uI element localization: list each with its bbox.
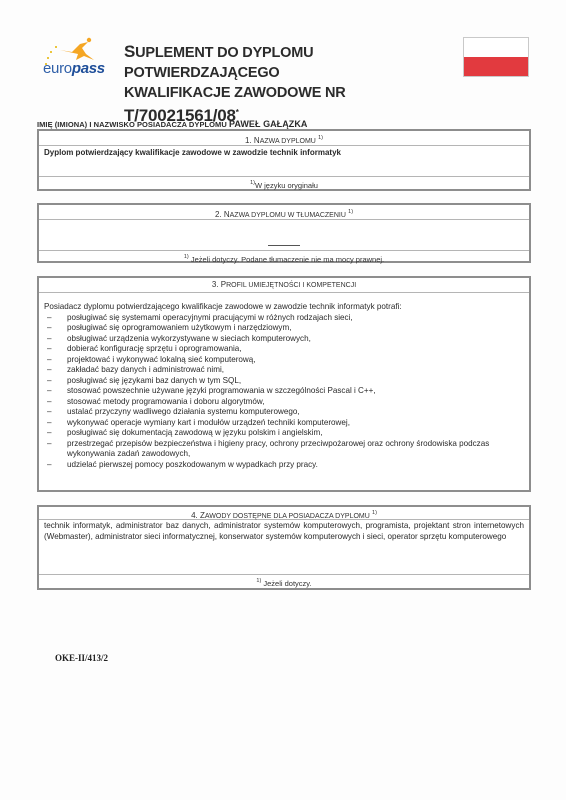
- list-item: posługiwać się systemami operacyjnymi pr…: [44, 313, 524, 324]
- list-item: udzielać pierwszej pomocy poszkodowanym …: [44, 460, 524, 471]
- section-header: 3. Profil umiejętności i kompetencji: [39, 278, 529, 293]
- skills-list: posługiwać się systemami operacyjnymi pr…: [44, 313, 524, 471]
- section-diploma-translation: 2. Nazwa dyplomu w tłumaczeniu 1) 1) Jeż…: [37, 203, 531, 263]
- europass-wordmark: europass: [43, 60, 105, 77]
- empty-value-dash: [268, 245, 300, 246]
- skills-intro: Posiadacz dyplomu potwierdzającego kwali…: [44, 302, 524, 313]
- section-footnote: 1) Jeżeli dotyczy. Podane tłumaczenie ni…: [39, 250, 529, 263]
- section-header: 4. Zawody dostępne dla posiadacza dyplom…: [39, 507, 529, 520]
- list-item: dobierać konfigurację sprzętu i oprogram…: [44, 344, 524, 355]
- list-item: stosować powszechnie używane języki prog…: [44, 386, 524, 397]
- document-title: SUPLEMENT DO DYPLOMU POTWIERDZAJĄCEGO KW…: [124, 42, 454, 127]
- list-item: zakładać bazy danych i administrować nim…: [44, 365, 524, 376]
- list-item: posługiwać się oprogramowaniem użytkowym…: [44, 323, 524, 334]
- list-item: projektować i wykonywać lokalną sieć kom…: [44, 355, 524, 366]
- list-item: stosować metody programowania i doboru a…: [44, 397, 524, 408]
- holder-name-line: Imię (imiona) i nazwisko posiadacza dypl…: [37, 119, 307, 129]
- section-footnote: 1)W języku oryginału: [39, 176, 529, 189]
- list-item: posługiwać się językami baz danych w tym…: [44, 376, 524, 387]
- translation-value: [39, 220, 529, 250]
- flag-red-stripe: [464, 57, 528, 76]
- holder-name: Paweł Gałązka: [229, 119, 307, 129]
- section-header: 1. Nazwa dyplomu 1): [39, 131, 529, 146]
- section-diploma-name: 1. Nazwa dyplomu 1) Dyplom potwierdzając…: [37, 129, 531, 191]
- list-item: obsługiwać urządzenia wykorzystywane w s…: [44, 334, 524, 345]
- section-footnote: 1) Jeżeli dotyczy.: [39, 574, 529, 587]
- document-code: OKE-II/413/2: [55, 653, 108, 663]
- section-header: 2. Nazwa dyplomu w tłumaczeniu 1): [39, 205, 529, 220]
- diploma-name-value: Dyplom potwierdzający kwalifikacje zawod…: [39, 146, 529, 176]
- list-item: wykonywać operacje wymiany kart i modułó…: [44, 418, 524, 429]
- holder-label: Imię (imiona) i nazwisko posiadacza dypl…: [37, 120, 227, 129]
- list-item: ustalać przyczyny wadliwego działania sy…: [44, 407, 524, 418]
- europass-logo: europass: [38, 36, 118, 86]
- occupations-value: technik informatyk, administrator baz da…: [39, 520, 529, 574]
- flag-white-stripe: [464, 38, 528, 57]
- section-available-occupations: 4. Zawody dostępne dla posiadacza dyplom…: [37, 505, 531, 590]
- section-skills-profile: 3. Profil umiejętności i kompetencji Pos…: [37, 276, 531, 492]
- poland-flag-icon: [463, 37, 529, 77]
- list-item: posługiwać się dokumentacją zawodową w j…: [44, 428, 524, 439]
- list-item: przestrzegać przepisów bezpieczeństwa i …: [44, 439, 524, 460]
